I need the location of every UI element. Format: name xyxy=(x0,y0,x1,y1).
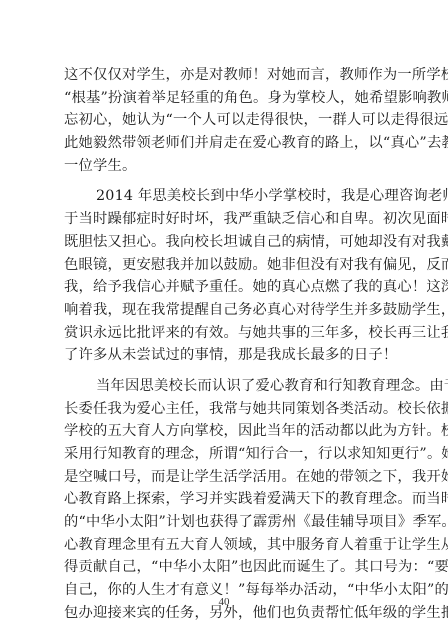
text-line: 心教育路上探索，学习并实践着爱满天下的教育理念。而当时主导 xyxy=(64,488,382,511)
text-line: 心教育理念里有五大育人领域，其中服务育人着重于让学生从小懂 xyxy=(64,534,382,557)
text-line: 此她毅然带领老师们并肩走在爱心教育的路上，以“真心”去教育每 xyxy=(64,132,382,155)
text-line: 的“中华小太阳”计划也获得了霹雳州《最佳辅导项目》季军。在爱 xyxy=(64,511,382,534)
text-line: 色眼镜，更安慰我并加以鼓励。她非但没有对我有偏见，反而赏识 xyxy=(64,254,382,277)
body-text: 这不仅仅对学生，亦是对教师！对她而言，教师作为一所学校的 “根基”扮演着举足轻重… xyxy=(64,64,382,633)
page-number: 40 xyxy=(0,596,448,608)
text-line: 赏识永远比批评来的有效。与她共事的三年多，校长再三让我突破 xyxy=(64,322,382,345)
text-line: “根基”扮演着举足轻重的角色。身为掌校人，她希望影响教师们莫 xyxy=(64,87,382,110)
text-line: 是空喊口号，而是让学生活学活用。在她的带领之下，我开始在爱 xyxy=(64,466,382,489)
text-line: 我，给予我信心并赋予重任。她的真心点燃了我的真心！这深深影 xyxy=(64,276,382,299)
text-line: 这不仅仅对学生，亦是对教师！对她而言，教师作为一所学校的 xyxy=(64,64,382,87)
paragraph-2: 2014 年思美校长到中华小学掌校时，我是心理咨询老师。由 于当时躁郁症时好时坏… xyxy=(64,185,382,367)
paragraph-1: 这不仅仅对学生，亦是对教师！对她而言，教师作为一所学校的 “根基”扮演着举足轻重… xyxy=(64,64,382,177)
text-line: 于当时躁郁症时好时坏，我严重缺乏信心和自卑。初次见面时，我 xyxy=(64,208,382,231)
text-line: 忘初心，她认为“一个人可以走得很快，一群人可以走得很远”，因 xyxy=(64,109,382,132)
document-page: 这不仅仅对学生，亦是对教师！对她而言，教师作为一所学校的 “根基”扮演着举足轻重… xyxy=(0,0,448,640)
text-line: 响着我，现在我常提醒自己务必真心对待学生并多鼓励学生，因为 xyxy=(64,299,382,322)
text-line: 既胆怯又担心。我向校长坦诚自己的病情，可她却没有对我戴上有 xyxy=(64,231,382,254)
text-line: 2014 年思美校长到中华小学掌校时，我是心理咨询老师。由 xyxy=(64,185,382,208)
text-line: 当年因思美校长而认识了爱心教育和行知教育理念。由于校 xyxy=(64,375,382,398)
text-line: 学校的五大育人方向掌校，因此当年的活动都以此为方针。校长也 xyxy=(64,420,382,443)
text-line: 长委任我为爱心主任，我常与她共同策划各类活动。校长依据爱心 xyxy=(64,398,382,421)
text-line: 采用行知教育的理念，所谓“知行合一，行以求知知更行”。她并不 xyxy=(64,443,382,466)
text-line: 一位学生。 xyxy=(64,155,382,178)
paragraph-3: 当年因思美校长而认识了爱心教育和行知教育理念。由于校 长委任我为爱心主任，我常与… xyxy=(64,375,382,625)
text-line: 了许多从未尝试过的事情，那是我成长最多的日子！ xyxy=(64,344,382,367)
text-line: 得贡献自己，“中华小太阳”也因此而诞生了。其口号为：“要贡献你 xyxy=(64,556,382,579)
